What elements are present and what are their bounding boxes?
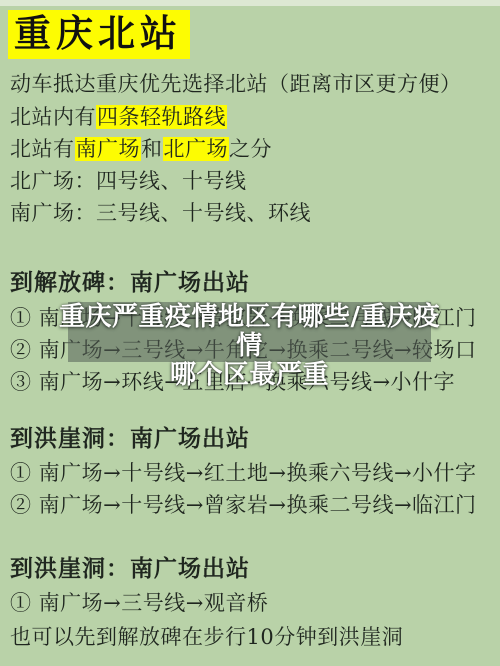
intro-line-3-highlight-1: 南广场 — [75, 137, 142, 161]
intro-line-5: 南广场：三号线、十号线、环线 — [10, 201, 311, 226]
watermark-text: 重庆严重疫情地区有哪些/重庆疫情 哪个区最严重 — [58, 303, 441, 390]
intro-line-3-plain-3: 之分 — [229, 137, 272, 161]
route-item: ② 南广场→十号线→曾家岩→换乘二号线→临江门 — [10, 493, 477, 518]
intro-line-3-highlight-2: 北广场 — [163, 137, 230, 161]
watermark-overlay: 重庆严重疫情地区有哪些/重庆疫情 哪个区最严重 — [68, 302, 431, 362]
intro-line-4: 北广场：四号线、十号线 — [10, 169, 247, 194]
watermark-line-2: 哪个区最严重 — [58, 361, 441, 390]
page-title: 重庆北站 — [8, 10, 190, 59]
route-item: ① 南广场→三号线→观音桥 — [10, 591, 268, 616]
intro-line-3-plain-2: 和 — [141, 137, 163, 161]
intro-line-3: 北站有南广场和北广场之分 — [10, 137, 272, 162]
section-hongyadong-2-header: 到洪崖洞：南广场出站 — [10, 555, 250, 583]
route-item: ① 南广场→十号线→红土地→换乘六号线→小什字 — [10, 461, 477, 486]
footer-note: 也可以先到解放碑在步行10分钟到洪崖洞 — [10, 625, 403, 650]
intro-line-1: 动车抵达重庆优先选择北站（距离市区更方便） — [10, 72, 462, 97]
intro-line-2-plain: 北站内有 — [10, 105, 96, 129]
watermark-line-1: 重庆严重疫情地区有哪些/重庆疫情 — [58, 303, 441, 361]
section-hongyadong-header: 到洪崖洞：南广场出站 — [10, 425, 250, 453]
top-strip — [0, 0, 500, 6]
infographic-canvas: 重庆北站 动车抵达重庆优先选择北站（距离市区更方便） 北站内有四条轻轨路线 北站… — [0, 0, 500, 666]
intro-line-2: 北站内有四条轻轨路线 — [10, 105, 227, 130]
intro-line-2-highlight: 四条轻轨路线 — [96, 105, 227, 129]
section-jiefangbei-header: 到解放碑：南广场出站 — [10, 269, 250, 297]
intro-line-3-plain-1: 北站有 — [10, 137, 75, 161]
